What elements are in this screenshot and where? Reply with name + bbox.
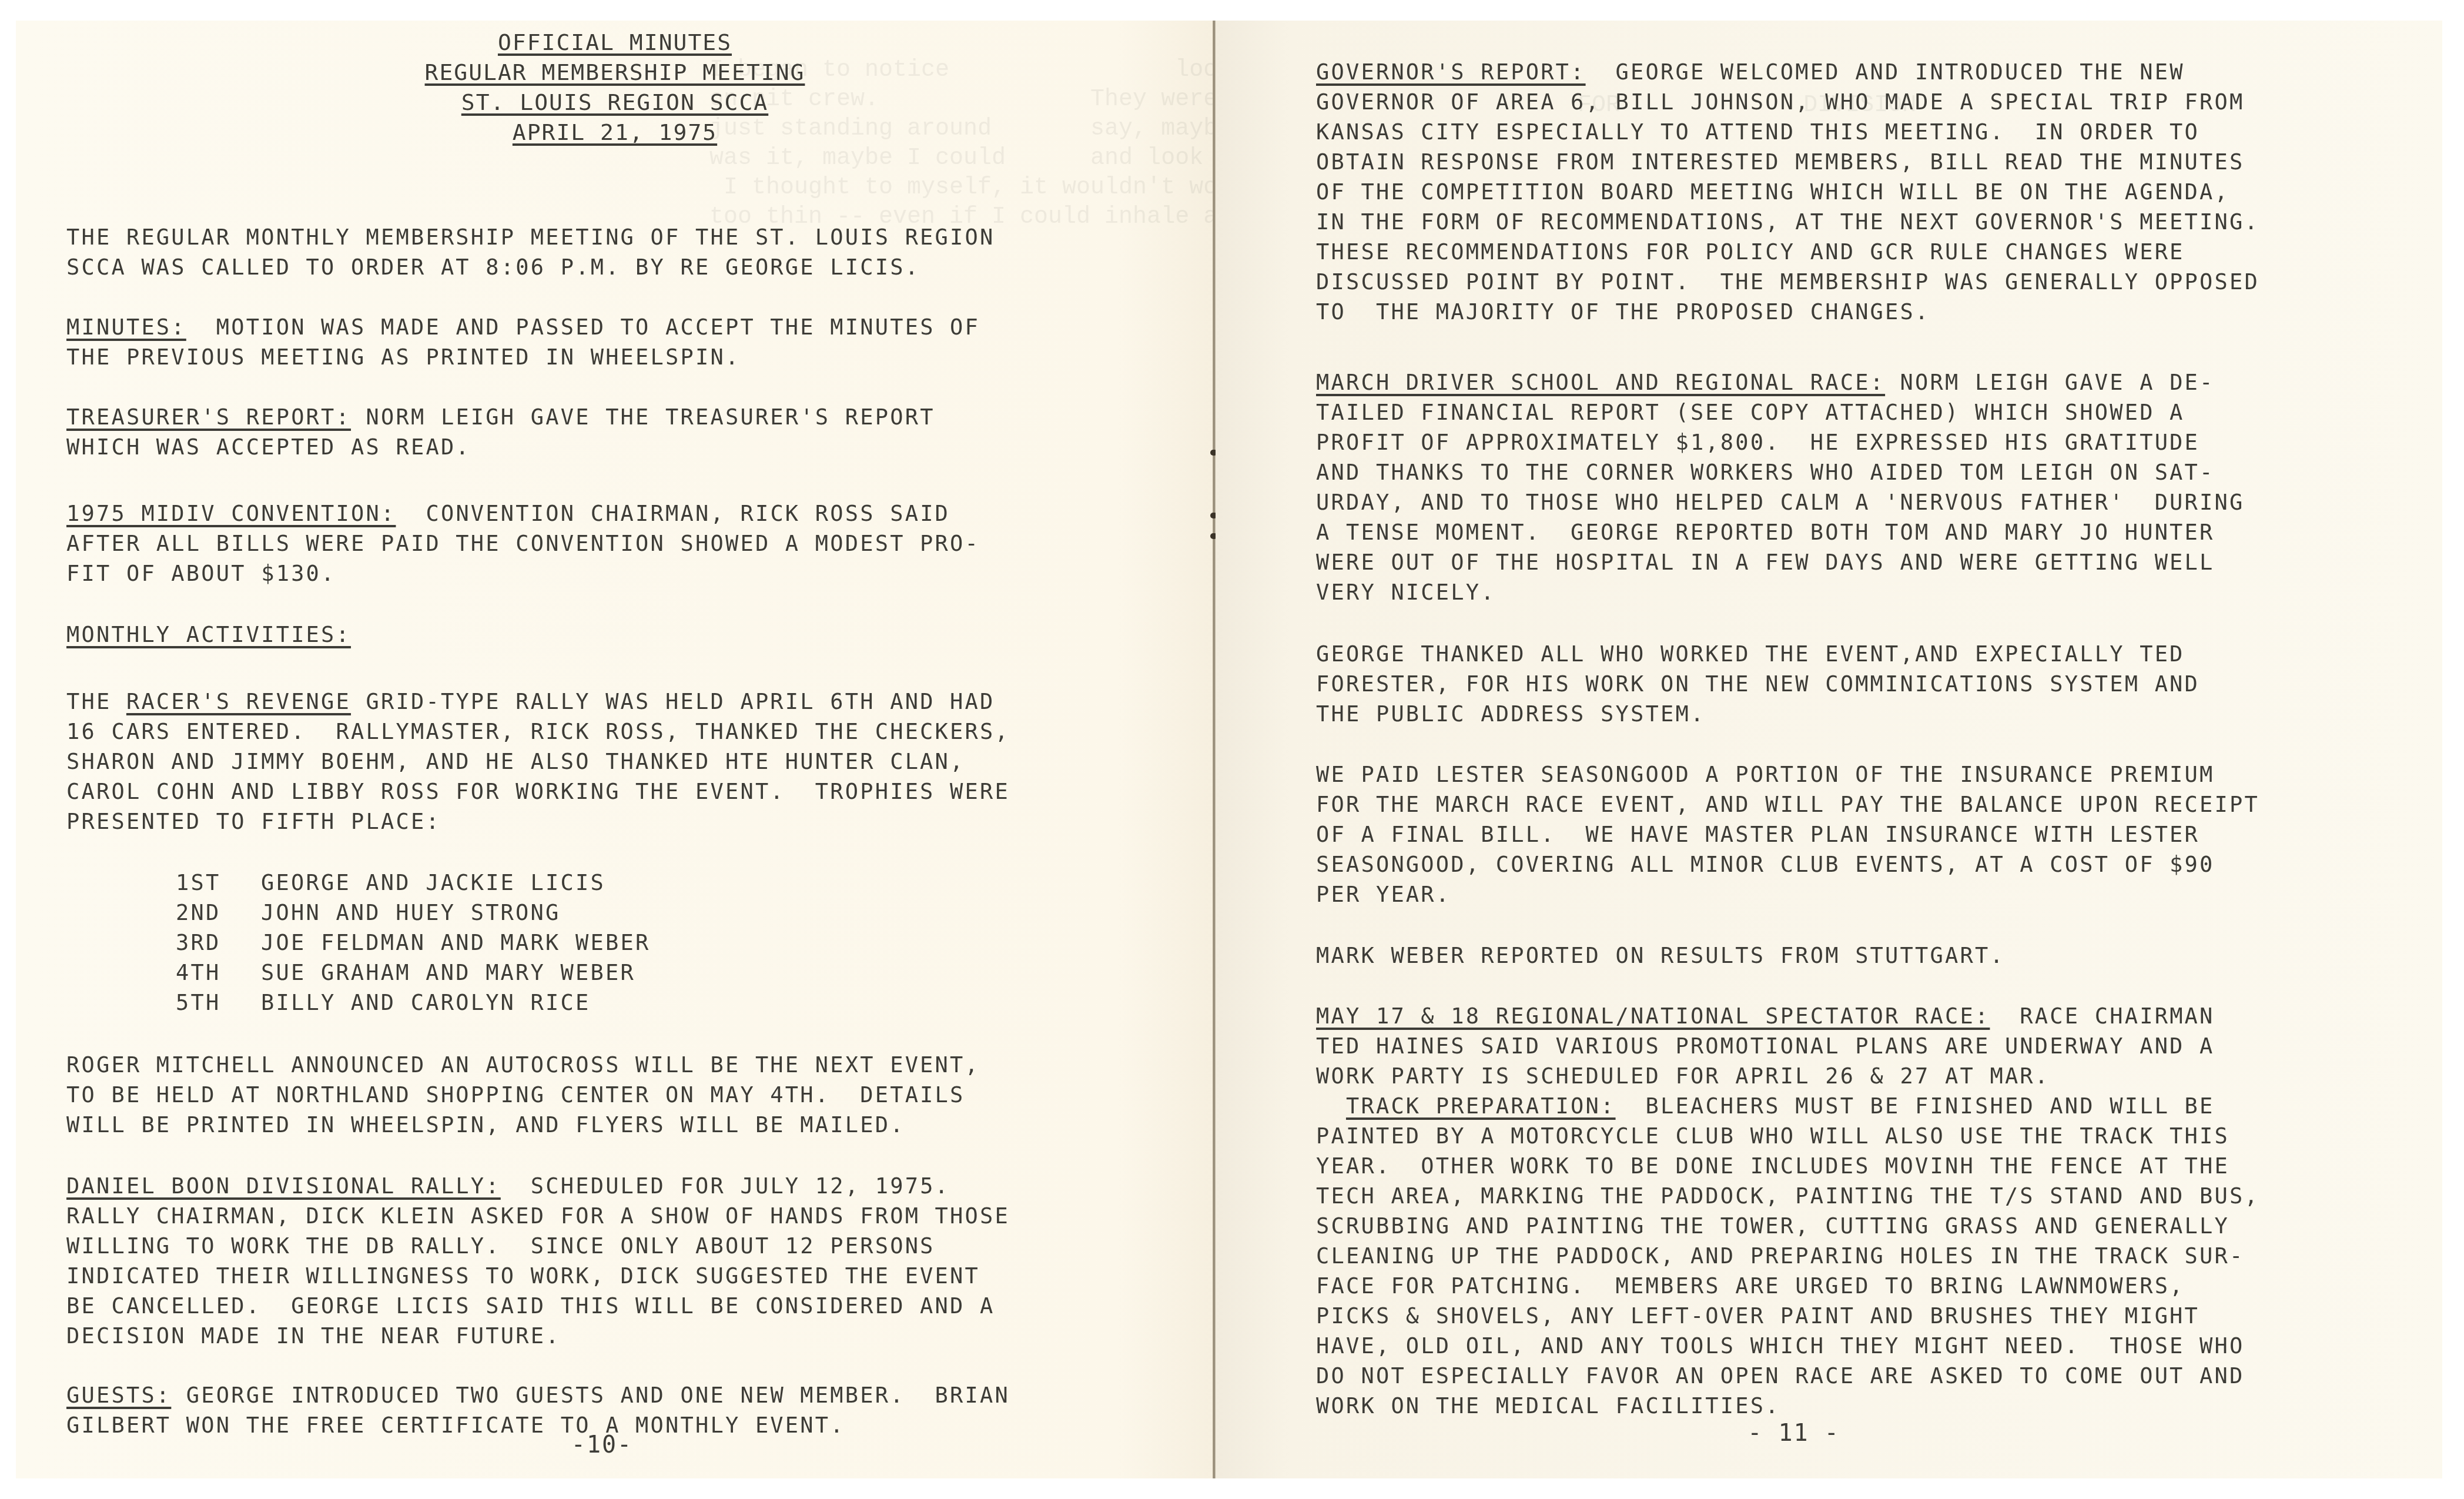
intro-paragraph: The regular monthly membership meeting o…	[66, 222, 1207, 282]
text-line: work party is scheduled for April 26 & 2…	[1316, 1061, 2433, 1091]
text-line: scrubbing and painting the tower, cuttin…	[1316, 1211, 2433, 1241]
trophy-place: 5th	[176, 988, 261, 1018]
text-line: year. Other work to be done includes mov…	[1316, 1151, 2433, 1181]
text-line: Race Chairman	[1990, 1003, 2214, 1029]
minutes-title-block: OFFICIAL MINUTES REGULAR MEMBERSHIP MEET…	[16, 28, 1214, 148]
trophy-winners: Billy and Carolyn Rice	[261, 988, 590, 1018]
trophy-winners: George and Jackie Licis	[261, 868, 605, 898]
trophy-place: 2nd	[176, 898, 261, 928]
trophy-row: 5thBilly and Carolyn Rice	[176, 988, 1214, 1018]
text-line: decision made in the near future.	[66, 1321, 1207, 1351]
text-line: Motion was made and passed to accept the…	[186, 314, 980, 340]
text-line: Sharon and Jimmy Boehm, and he also than…	[66, 747, 1207, 777]
trophy-winners: John and Huey Strong	[261, 898, 561, 928]
section-heading: Track Preparation:	[1346, 1093, 1616, 1119]
text-line: Carol Cohn and Libby Ross for working th…	[66, 777, 1207, 807]
booklet-spread: I began to notice looking girls that wer…	[16, 21, 2442, 1478]
text-line: fit of about $130.	[66, 558, 1207, 588]
march-school-section: March Driver School and Regional Race: N…	[1316, 367, 2433, 607]
text-line: presented to fifth place:	[66, 807, 1207, 837]
text-line: very nicely.	[1316, 577, 2433, 607]
text-line: Tech area, marking the paddock, painting…	[1316, 1181, 2433, 1211]
text-line: Rally Chairman, Dick Klein asked for a s…	[66, 1201, 1207, 1231]
trophy-place: 1st	[176, 868, 261, 898]
governor-section: Governor's Report: George welcomed and i…	[1316, 57, 2433, 327]
text-line: to be held at Northland Shopping Center …	[66, 1080, 1207, 1110]
text-line: Mark Weber reported on results from Stut…	[1316, 941, 2433, 971]
insurance-paragraph: We paid Lester Seasongood a portion of t…	[1316, 759, 2433, 909]
title-line: APRIL 21, 1975	[16, 118, 1214, 148]
daniel-boon-section: Daniel Boon Divisional Rally: Scheduled …	[66, 1171, 1207, 1351]
monthly-activities-section: Monthly Activities:	[66, 620, 1207, 650]
text-line: face for patching. Members are urged to …	[1316, 1271, 2433, 1301]
page-11: FOR DIVISION Governor's Report: George w…	[1216, 21, 2442, 1478]
text-line: discussed point by point. The membership…	[1316, 267, 2433, 297]
text-line: the public address system.	[1316, 699, 2433, 729]
trophy-row: 1stGeorge and Jackie Licis	[176, 868, 1214, 898]
text-line: 16 cars entered. Rallymaster, Rick Ross,…	[66, 717, 1207, 747]
text-line: obtain response from interested members,…	[1316, 147, 2433, 177]
section-heading: Treasurer's Report:	[66, 404, 351, 430]
text-line: will be printed in WHEELSPIN, and flyers…	[66, 1110, 1207, 1140]
text-line: work on the medical facilities.	[1316, 1391, 2433, 1421]
text-line: cleaning up the paddock, and preparing h…	[1316, 1241, 2433, 1271]
rally-paragraph: The Racer's Revenge grid-type rally was …	[66, 687, 1207, 837]
text-line: Convention Chairman, Rick Ross said	[396, 501, 950, 526]
text-line: Bleachers must be finished and will be	[1616, 1093, 2215, 1119]
text-line: Ted Haines said various promotional plan…	[1316, 1031, 2433, 1061]
text-line: a tense moment. George reported both Tom…	[1316, 517, 2433, 547]
section-heading: Governor's Report:	[1316, 59, 1586, 85]
text-line: urday, and to those who helped calm a 'n…	[1316, 487, 2433, 517]
text-line: to the majority of the proposed changes.	[1316, 297, 2433, 327]
minutes-section: Minutes: Motion was made and passed to a…	[66, 312, 1207, 372]
section-heading: May 17 & 18 Regional/National Spectator …	[1316, 1003, 1990, 1029]
trophy-row: 2ndJohn and Huey Strong	[176, 898, 1214, 928]
text-line: Norm Leigh gave the Treasurer's Report	[351, 404, 935, 430]
stuttgart-paragraph: Mark Weber reported on results from Stut…	[1316, 941, 2433, 971]
text-line: Roger Mitchell announced an Autocross wi…	[66, 1050, 1207, 1080]
text-line: Norm Leigh gave a de-	[1885, 370, 2214, 395]
text-line: and thanks to the corner workers who aid…	[1316, 457, 2433, 487]
text-line: George thanked all who worked the event,…	[1316, 639, 2433, 669]
text-line: SCCA was called to order at 8:06 P.M. by…	[66, 252, 1207, 282]
text-line: for the March race event, and will pay t…	[1316, 789, 2433, 819]
text-line: George welcomed and introduced the new	[1586, 59, 2185, 85]
page-10: I began to notice looking girls that wer…	[16, 21, 1214, 1478]
trophy-winners: Sue Graham and Mary Weber	[261, 958, 635, 988]
text-line: George introduced two guests and one new…	[171, 1383, 1010, 1408]
section-heading: Minutes:	[66, 314, 186, 340]
section-heading: March Driver School and Regional Race:	[1316, 370, 1885, 395]
trophy-place: 3rd	[176, 928, 261, 958]
text-line: Scheduled for July 12, 1975.	[501, 1173, 950, 1199]
text-line: profit of approximately $1,800. He expre…	[1316, 427, 2433, 457]
text-line: the previous meeting as printed in WHEEL…	[66, 342, 1207, 372]
text-line: indicated their willingness to work, Dic…	[66, 1261, 1207, 1291]
text-line: These recommendations for policy and GCR…	[1316, 237, 2433, 267]
text-line: We paid Lester Seasongood a portion of t…	[1316, 759, 2433, 789]
text-line: be cancelled. George licis said this wil…	[66, 1291, 1207, 1321]
text-line: The regular monthly membership meeting o…	[66, 222, 1207, 252]
text-line: tailed financial report (see copy attach…	[1316, 397, 2433, 427]
trophy-place: 4th	[176, 958, 261, 988]
text-line: which was accepted as read.	[66, 432, 1207, 462]
text-line: after all bills were paid the convention…	[66, 528, 1207, 558]
text-fragment: The	[66, 689, 126, 714]
track-prep-section: Track Preparation: Bleachers must be fin…	[1316, 1091, 2433, 1421]
thanks-paragraph: George thanked all who worked the event,…	[1316, 639, 2433, 729]
text-line: grid-type rally was held April 6th and h…	[351, 689, 995, 714]
text-line: willing to work the DB Rally. Since only…	[66, 1231, 1207, 1261]
spectator-race-section: May 17 & 18 Regional/National Spectator …	[1316, 1001, 2433, 1091]
section-heading: 1975 MIDIV Convention:	[66, 501, 396, 526]
section-heading: Monthly Activities:	[66, 622, 351, 647]
page-number: -10-	[16, 1431, 1201, 1458]
text-line: of a final bill. We have Master Plan ins…	[1316, 819, 2433, 849]
trophy-winners: Joe Feldman and Mark Weber	[261, 928, 650, 958]
text-line: Seasongood, covering all minor club even…	[1316, 849, 2433, 879]
autocross-paragraph: Roger Mitchell announced an Autocross wi…	[66, 1050, 1207, 1140]
text-line: per year.	[1316, 879, 2433, 909]
trophy-list: 1stGeorge and Jackie Licis2ndJohn and Hu…	[176, 868, 1214, 1018]
title-line: REGULAR MEMBERSHIP MEETING	[16, 58, 1214, 88]
convention-section: 1975 MIDIV Convention: Convention Chairm…	[66, 498, 1207, 588]
text-line: were out of the hospital in a few days a…	[1316, 547, 2433, 577]
page-number: - 11 -	[1216, 1420, 2407, 1447]
rally-name: Racer's Revenge	[126, 689, 351, 714]
text-line: have, old oil, and any tools which they …	[1316, 1331, 2433, 1361]
treasurer-section: Treasurer's Report: Norm Leigh gave the …	[66, 402, 1207, 462]
section-heading: Guests:	[66, 1383, 171, 1408]
title-line: ST. LOUIS REGION SCCA	[16, 88, 1214, 118]
text-line: in the form of recommendations, at the n…	[1316, 207, 2433, 237]
text-line: Forester, for his work on the new commin…	[1316, 669, 2433, 699]
title-line: OFFICIAL MINUTES	[16, 28, 1214, 58]
trophy-row: 4thSue Graham and Mary Weber	[176, 958, 1214, 988]
text-line: do not especially favor an open race are…	[1316, 1361, 2433, 1391]
text-line: picks & shovels, any left-over paint and…	[1316, 1301, 2433, 1331]
section-heading: Daniel Boon Divisional Rally:	[66, 1173, 501, 1199]
text-line: Kansas City especially to attend this me…	[1316, 117, 2433, 147]
trophy-row: 3rdJoe Feldman and Mark Weber	[176, 928, 1214, 958]
text-line: painted by a motorcycle club who will al…	[1316, 1121, 2433, 1151]
text-line: Governor of Area 6, Bill Johnson, who ma…	[1316, 87, 2433, 117]
text-line: of the Competition Board meeting which w…	[1316, 177, 2433, 207]
